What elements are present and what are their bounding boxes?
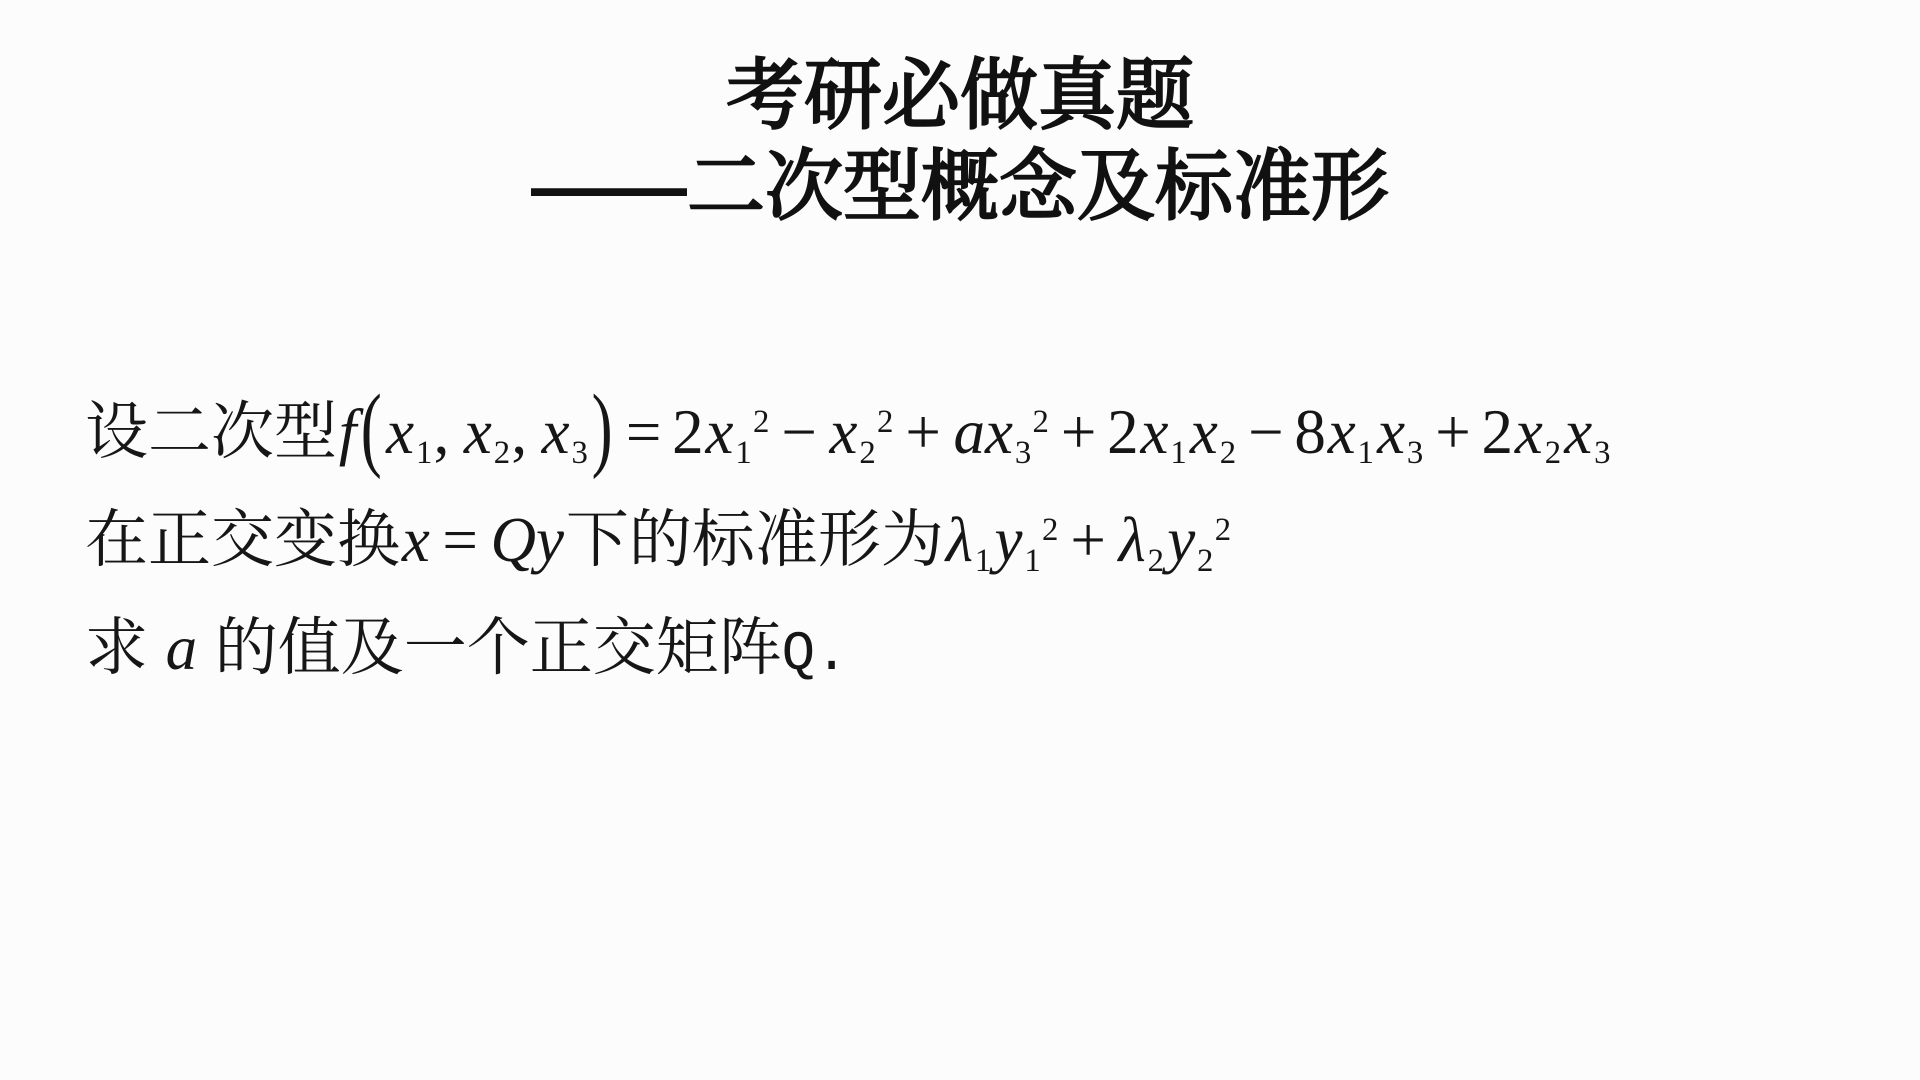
math-token-sub: 3 [1594,435,1610,471]
math-token-sup: 2 [877,404,893,440]
math-token-it: λ [1118,505,1145,575]
math-token-it: x [386,397,414,467]
math-token-cjk: 的值及一个正交矩阵 [199,613,782,683]
math-token-sub: 2 [1545,435,1561,471]
title-line-1: 考研必做真题 [0,50,1920,141]
math-token-it: y [1167,505,1195,575]
math-token-sub: 3 [571,435,587,471]
math-token-op: + [1070,505,1106,575]
math-token-sub: 2 [1148,543,1164,579]
math-token-op: − [1248,397,1284,467]
math-token-sub: 2 [859,435,875,471]
problem-line-quadratic-form: 设二次型f(x1,x2,x3)=2x12−x22+ax32+2x1x2−8x1x… [85,378,1920,486]
math-token-it: Qy [491,505,564,575]
math-token-rm: 2 [1482,397,1514,467]
math-token-sub: 1 [735,435,751,471]
math-token-sup: 2 [1032,404,1048,440]
math-token-sub: 1 [1358,435,1374,471]
math-token-sub: 1 [1024,543,1040,579]
math-token-sub: 2 [1197,543,1213,579]
math-token-sup: 2 [1215,512,1231,548]
math-token-it: x [1140,397,1168,467]
math-token-cjk: 求 [85,613,164,683]
math-token-cjk: 在正交变换 [85,505,400,575]
math-token-sup: 2 [753,404,769,440]
math-token-it: x [464,397,492,467]
math-token-rm: 8 [1294,397,1326,467]
math-token-sup: 2 [1042,512,1058,548]
math-token-it: x [1515,397,1543,467]
math-token-sub: 2 [1220,435,1236,471]
math-token-cm: , [434,397,450,467]
math-token-pr: ( [361,346,382,508]
math-token-sub: 3 [1407,435,1423,471]
math-token-sub: 1 [975,543,991,579]
math-token-sub: 1 [416,435,432,471]
math-token-it: y [994,505,1022,575]
slide-title: 考研必做真题 ——二次型概念及标准形 [0,0,1920,233]
math-token-cjk: 下的标准形为 [566,505,944,575]
math-token-cm: , [511,397,527,467]
problem-statement: 设二次型f(x1,x2,x3)=2x12−x22+ax32+2x1x2−8x1x… [85,378,1920,702]
math-token-it: a [166,613,198,683]
math-token-it: f [339,397,357,467]
math-token-it: x [1190,397,1218,467]
math-token-rm: 2 [1107,397,1139,467]
math-token-cjk: 设二次型 [85,397,337,467]
math-token-rm: 2 [672,397,704,467]
math-token-it: x [1564,397,1592,467]
math-token-it: x [829,397,857,467]
math-token-it: λ [946,505,973,575]
math-token-op: − [781,397,817,467]
math-token-it: x [1377,397,1405,467]
math-token-op: = [626,397,662,467]
math-token-sub: 1 [1170,435,1186,471]
math-token-it: x [705,397,733,467]
problem-line-question: 求 a 的值及一个正交矩阵Q. [85,594,1920,702]
math-token-op: + [1061,397,1097,467]
math-token-op: + [1435,397,1471,467]
math-token-it: ax [953,397,1012,467]
math-token-it: x [542,397,570,467]
math-token-mono: Q. [782,623,849,686]
math-token-pr: ) [592,346,613,508]
math-token-op: + [905,397,941,467]
math-problem-slide: 考研必做真题 ——二次型概念及标准形 设二次型f(x1,x2,x3)=2x12−… [0,0,1920,1080]
math-token-it: x [1328,397,1356,467]
math-token-sub: 3 [1015,435,1031,471]
title-line-2: ——二次型概念及标准形 [0,141,1920,232]
math-token-op: = [442,505,478,575]
math-token-it: x [402,505,430,575]
math-token-sub: 2 [494,435,510,471]
